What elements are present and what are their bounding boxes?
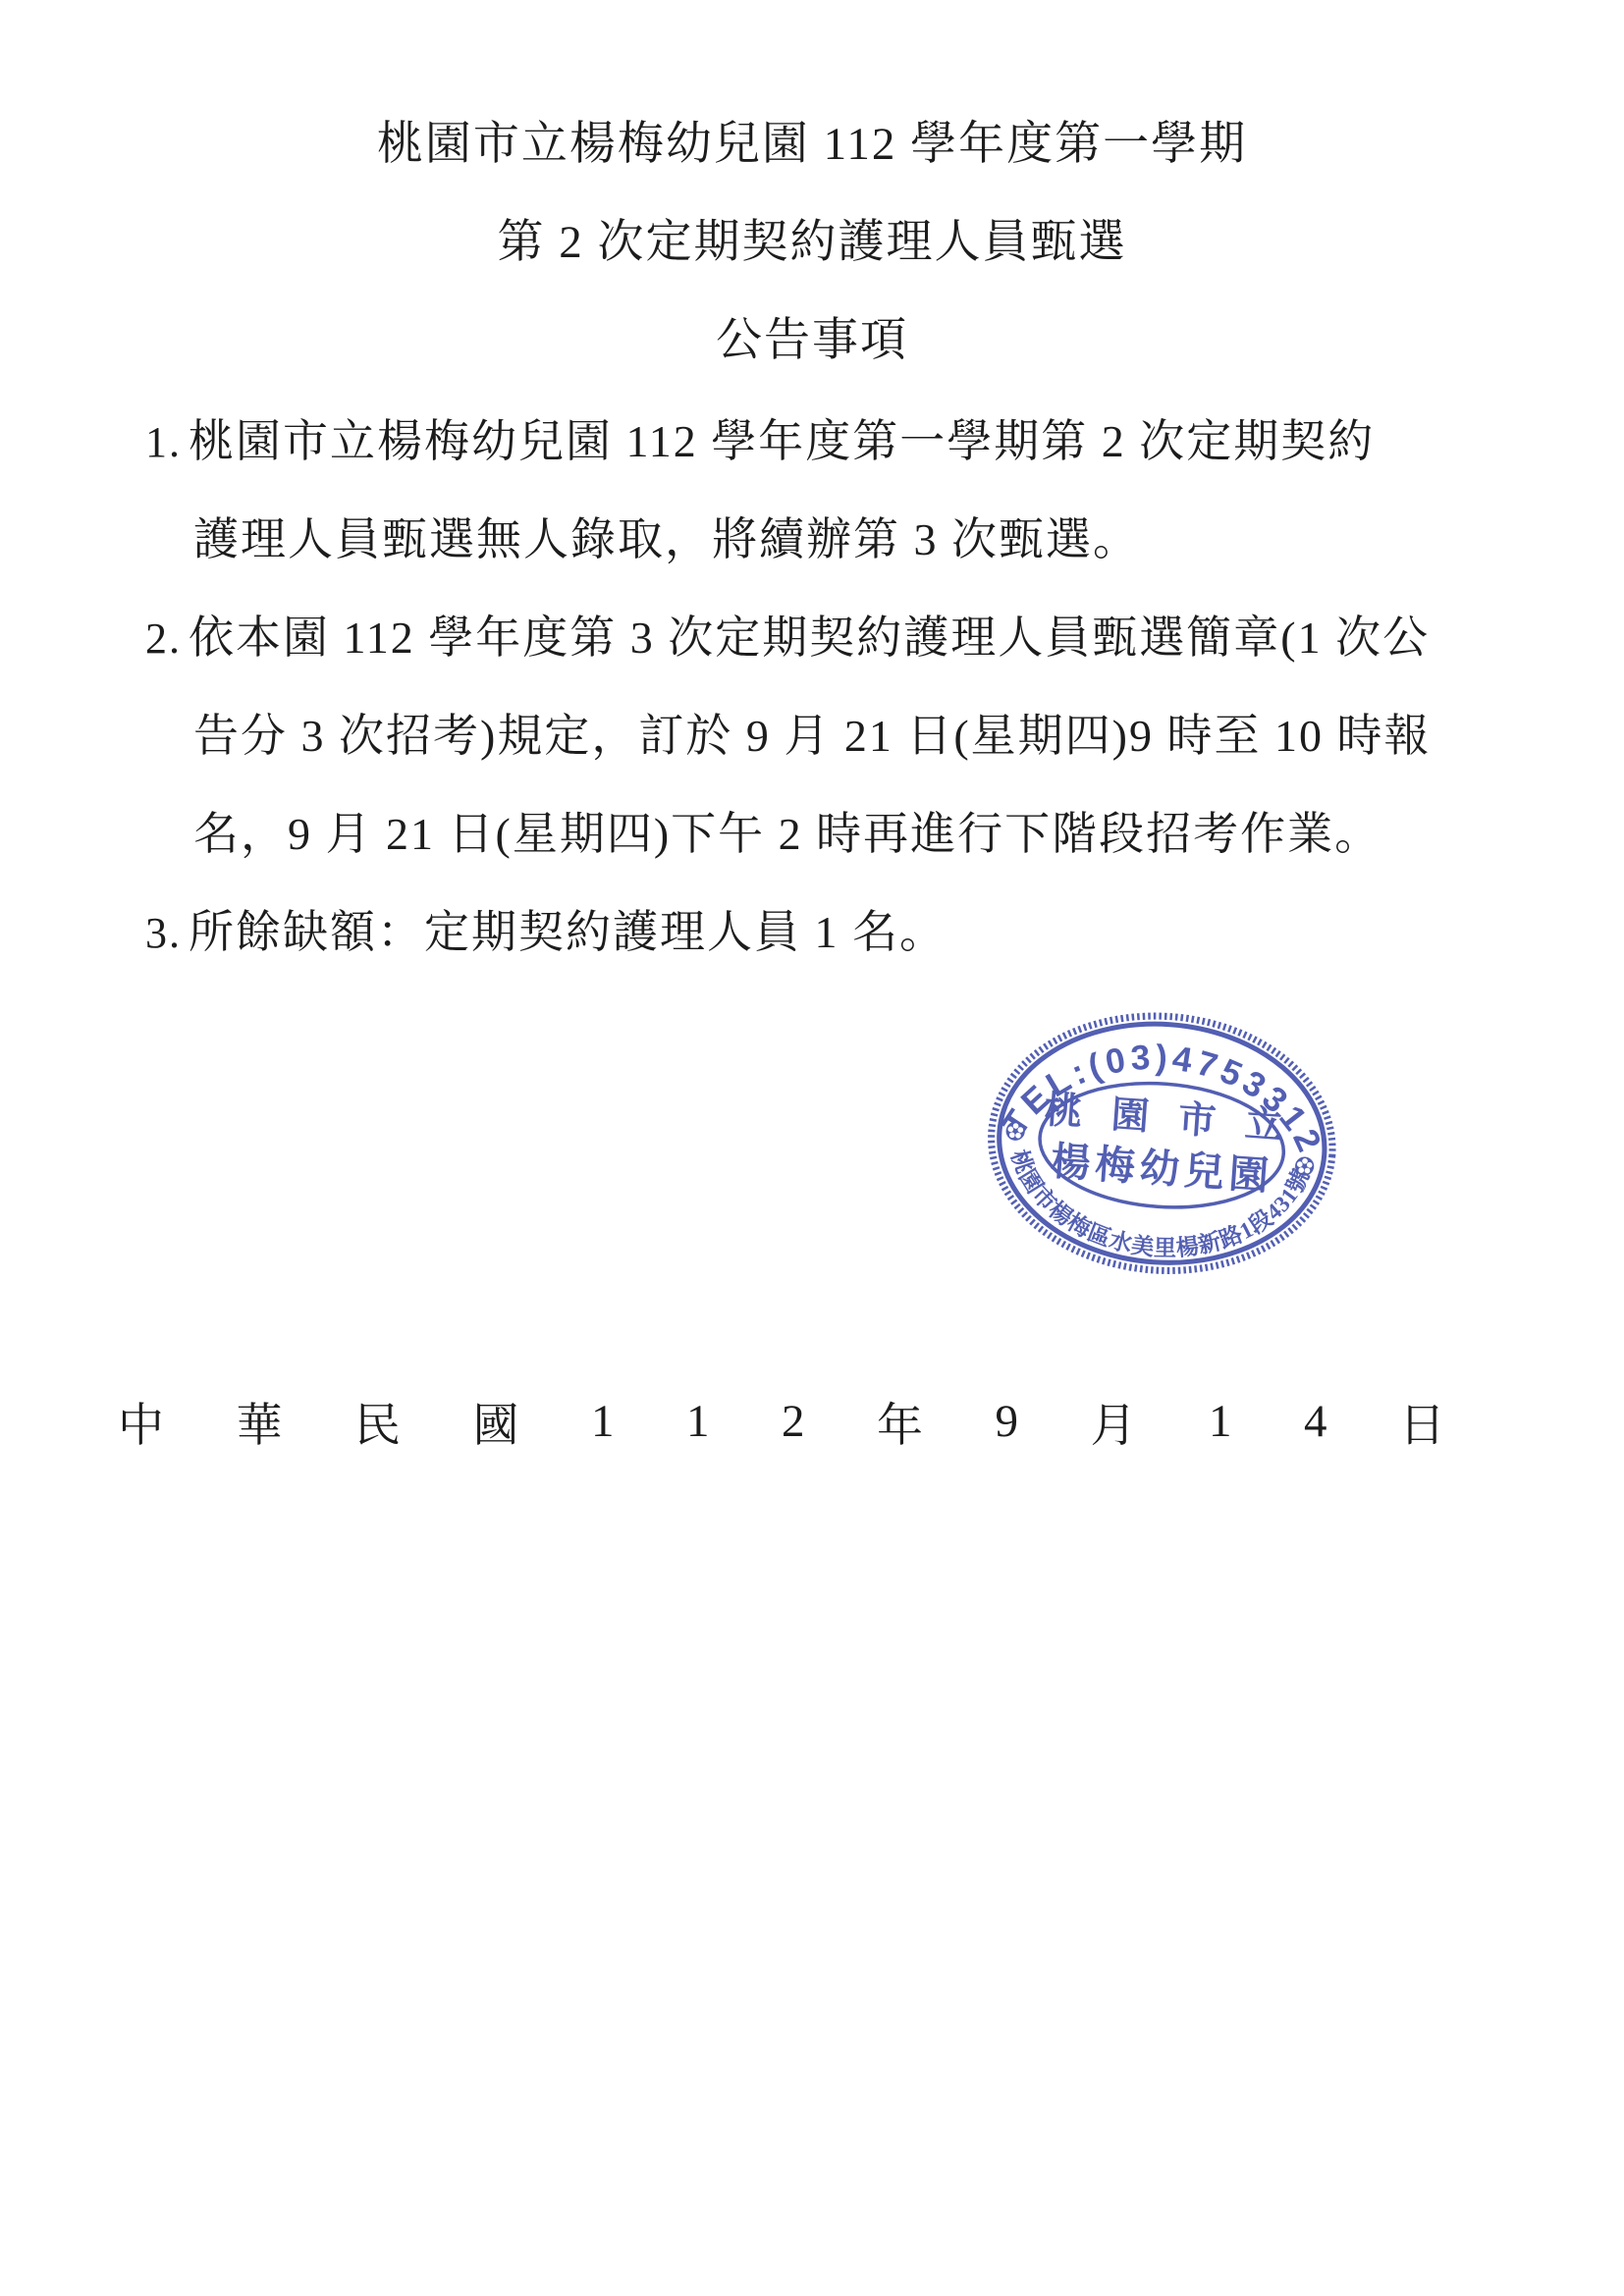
date-token: 華 (237, 1389, 283, 1455)
document-title-block: 桃園市立楊梅幼兒園 112 學年度第一學期 第 2 次定期契約護理人員甄選 公告… (0, 95, 1624, 390)
stamp-inner-ring (1036, 1076, 1288, 1215)
date-token: 4 (1304, 1395, 1327, 1448)
title-line-3: 公告事項 (0, 292, 1624, 390)
document-page: 桃園市立楊梅幼兒園 112 學年度第一學期 第 2 次定期契約護理人員甄選 公告… (0, 0, 1624, 2296)
list-item-1-line-1: 1.桃園市立楊梅幼兒園 112 學年度第一學期第 2 次定期契約 (0, 393, 1624, 491)
official-stamp: TEL:(03)4753312 桃園市楊梅區水美里楊新路1段431號 桃 園 市… (976, 999, 1354, 1299)
plum-blossom-icon (1294, 1156, 1315, 1177)
item-3-number: 3. (145, 884, 189, 983)
list-item-2: 2.依本園 112 學年度第 3 次定期契約護理人員甄選簡章(1 次公 告分 3… (0, 589, 1624, 883)
list-item-1: 1.桃園市立楊梅幼兒園 112 學年度第一學期第 2 次定期契約 護理人員甄選無… (0, 393, 1624, 589)
list-item-2-line-2: 告分 3 次招考)規定，訂於 9 月 21 日(星期四)9 時至 10 時報 (0, 687, 1624, 785)
announcement-list: 1.桃園市立楊梅幼兒園 112 學年度第一學期第 2 次定期契約 護理人員甄選無… (0, 393, 1624, 982)
date-line: 中 華 民 國 1 1 2 年 9 月 1 4 日 (118, 1372, 1445, 1470)
item-2-text: 依本園 112 學年度第 3 次定期契約護理人員甄選簡章(1 次公 (189, 613, 1430, 663)
stamp-phone-text: TEL:(03)4753312 (994, 1027, 1336, 1163)
list-item-1-line-2: 護理人員甄選無人錄取，將續辦第 3 次甄選。 (0, 491, 1624, 589)
date-token: 1 (1209, 1395, 1232, 1448)
list-item-3: 3.所餘缺額：定期契約護理人員 1 名。 (0, 883, 1624, 982)
date-token: 年 (877, 1389, 923, 1455)
stamp-org-name-line-2: 楊梅幼兒園 (1050, 1139, 1275, 1199)
official-stamp-graphic: TEL:(03)4753312 桃園市楊梅區水美里楊新路1段431號 桃 園 市… (976, 999, 1354, 1299)
date-token: 中 (118, 1389, 164, 1455)
list-item-3-line-1: 3.所餘缺額：定期契約護理人員 1 名。 (0, 883, 1624, 982)
item-1-number: 1. (145, 394, 189, 492)
title-line-2: 第 2 次定期契約護理人員甄選 (0, 193, 1624, 292)
date-token: 1 (686, 1395, 710, 1448)
list-item-2-line-3: 名，9 月 21 日(星期四)下午 2 時再進行下階段招考作業。 (0, 785, 1624, 883)
stamp-scalloped-edge (983, 1005, 1341, 1282)
date-token: 日 (1399, 1389, 1445, 1455)
stamp-outer-ring (991, 1013, 1332, 1273)
date-token: 月 (1091, 1389, 1137, 1455)
date-token: 9 (996, 1395, 1019, 1448)
list-item-2-line-1: 2.依本園 112 學年度第 3 次定期契約護理人員甄選簡章(1 次公 (0, 589, 1624, 687)
date-token: 1 (591, 1395, 615, 1448)
plum-blossom-icon (1005, 1121, 1026, 1142)
item-2-number: 2. (145, 590, 189, 688)
title-line-1: 桃園市立楊梅幼兒園 112 學年度第一學期 (0, 95, 1624, 193)
date-token: 2 (782, 1395, 805, 1448)
date-token: 民 (354, 1389, 401, 1455)
stamp-address-text: 桃園市楊梅區水美里楊新路1段431號 (999, 1145, 1316, 1272)
stamp-org-name-line-1: 桃 園 市 立 (1043, 1089, 1294, 1148)
item-1-text: 桃園市立楊梅幼兒園 112 學年度第一學期第 2 次定期契約 (189, 416, 1375, 466)
date-token: 國 (473, 1389, 519, 1455)
item-3-text: 所餘缺額：定期契約護理人員 1 名。 (189, 907, 947, 957)
